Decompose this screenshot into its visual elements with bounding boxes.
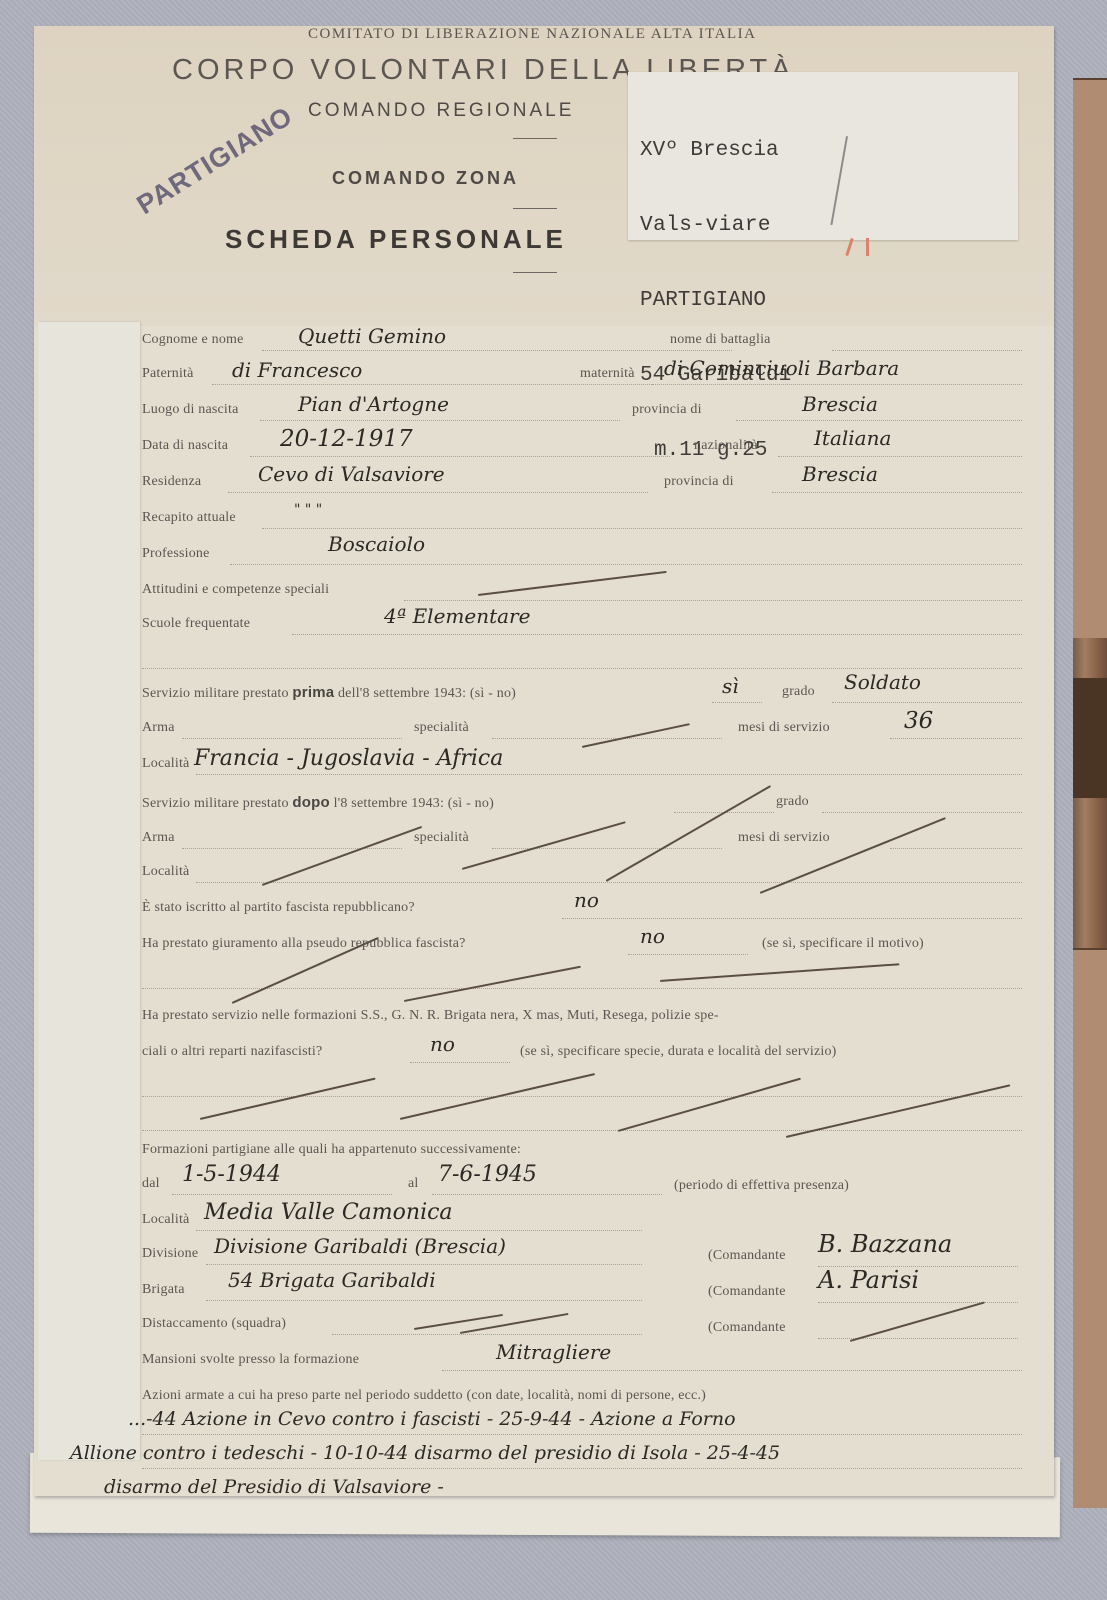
scuole-value: 4ª Elementare (384, 604, 530, 628)
dotted-line (142, 1096, 1022, 1097)
military-after-label: Servizio militare prestato dopo l'8 sett… (142, 794, 494, 812)
grado-label: grado (782, 684, 815, 700)
nazionalita-value: Italiana (814, 426, 891, 450)
brigata-comandante-label: (Comandante (708, 1284, 786, 1300)
action-line-1: ...-44 Azione in Cevo contro i fascisti … (142, 1412, 1019, 1442)
paternita-value: di Francesco (232, 358, 362, 382)
partisan-localita-label: Località (142, 1212, 189, 1228)
dotted-line (778, 456, 1022, 457)
label-text: Servizio militare prestato (142, 796, 289, 811)
label-text: dell'8 settembre 1943: (sì - no) (338, 686, 516, 701)
dotted-line (196, 774, 1022, 775)
dotted-line (410, 1062, 510, 1063)
dotted-line (712, 702, 762, 703)
dotted-line (142, 1434, 1022, 1435)
dotted-line (292, 634, 1022, 635)
nazionalita-label: nazionalità (694, 438, 758, 454)
maternita-value: di Cominciuoli Barbara (664, 356, 899, 380)
luogo-nascita-value: Pian d'Artogne (298, 392, 449, 416)
arma-after-label: Arma (142, 830, 175, 846)
dotted-line (250, 456, 670, 457)
mansioni-value: Mitragliere (496, 1340, 611, 1364)
divider (513, 138, 557, 139)
action-text: ...-44 Azione in Cevo contro i fascisti … (128, 1408, 736, 1430)
dotted-line (230, 564, 1022, 565)
al-label: al (408, 1176, 419, 1192)
dal-value: 1-5-1944 (182, 1162, 281, 1187)
luogo-nascita-label: Luogo di nascita (142, 402, 239, 418)
ss-question-line1: Ha prestato servizio nelle formazioni S.… (142, 1008, 719, 1024)
label-text: Servizio militare prestato (142, 686, 289, 701)
dotted-line (142, 988, 1022, 989)
dal-label: dal (142, 1176, 160, 1192)
scuole-label: Scuole frequentate (142, 616, 250, 632)
recapito-label: Recapito attuale (142, 510, 236, 526)
mesi-label: mesi di servizio (738, 720, 830, 736)
label-bold: prima (292, 684, 334, 701)
field-row-ss-line1: Ha prestato servizio nelle formazioni S.… (142, 1004, 1019, 1034)
dotted-line (818, 1338, 1018, 1339)
dotted-line (206, 1264, 642, 1265)
zone-command-heading: COMANDO ZONA (332, 168, 632, 189)
action-line-3: disarmo del Presidio di Valsaviore - (142, 1478, 1019, 1508)
field-row-period: dal 1-5-1944 al 7-6-1945 (periodo di eff… (142, 1172, 1019, 1202)
divisione-value: Divisione Garibaldi (Brescia) (214, 1234, 506, 1258)
action-line-2: Allione contro i tedeschi - 10-10-44 dis… (142, 1446, 1019, 1476)
field-row-pfr: È stato iscritto al partito fascista rep… (142, 896, 1019, 926)
dotted-line (822, 812, 1022, 813)
field-row-ss-line2: ciali o altri reparti nazifascisti? no (… (142, 1040, 1019, 1070)
azioni-label: Azioni armate a cui ha preso parte nel p… (142, 1388, 706, 1404)
field-row-duties: Mansioni svolte presso la formazione Mit… (142, 1346, 1019, 1376)
dotted-line (818, 1302, 1018, 1303)
dotted-line (182, 848, 402, 849)
dotted-line (432, 1194, 662, 1195)
giuramento-question: Ha prestato giuramento alla pseudo repub… (142, 936, 466, 952)
field-row-school: Scuole frequentate 4ª Elementare (142, 612, 1019, 642)
binder-segment (1073, 948, 1107, 1508)
dotted-line (890, 848, 1022, 849)
paternita-label: Paternità (142, 366, 194, 382)
partisan-localita-value: Media Valle Camonica (204, 1200, 453, 1225)
divider (513, 272, 557, 273)
field-row-location-after: Località (142, 860, 1019, 890)
specialita-label: specialità (414, 720, 469, 736)
provincia-nascita-label: provincia di (632, 402, 702, 418)
dotted-line (772, 492, 1022, 493)
provincia-nascita-value: Brescia (802, 392, 878, 416)
military-before-answer: sì (722, 674, 739, 698)
label-text: l'8 settembre 1943: (sì - no) (334, 796, 494, 811)
dotted-line (142, 1468, 1022, 1469)
field-row-detachment: Distaccamento (squadra) (Comandante (142, 1312, 1019, 1342)
provincia-residenza-label: provincia di (664, 474, 734, 490)
binder-segment (1073, 78, 1107, 638)
professione-label: Professione (142, 546, 210, 562)
brigata-comandante-value: A. Parisi (818, 1266, 919, 1294)
divisione-label: Divisione (142, 1246, 198, 1262)
dotted-line (262, 528, 1022, 529)
field-row-military-before: Servizio militare prestato prima dell'8 … (142, 680, 1019, 710)
dotted-line (228, 492, 648, 493)
dotted-line (442, 1370, 1022, 1371)
field-row-residence: Residenza Cevo di Valsaviore provincia d… (142, 470, 1019, 500)
dotted-line (652, 384, 1022, 385)
recapito-value: " " " (294, 502, 322, 518)
giuramento-note: (se sì, specificare il motivo) (762, 936, 924, 952)
dotted-line (142, 668, 1022, 669)
divisione-comandante-label: (Comandante (708, 1248, 786, 1264)
field-row-parents: Paternità di Francesco maternità di Comi… (142, 364, 1019, 394)
dotted-line (736, 420, 1022, 421)
brigata-label: Brigata (142, 1282, 185, 1298)
dotted-line (562, 918, 1022, 919)
field-row-giuramento: Ha prestato giuramento alla pseudo repub… (142, 932, 1019, 962)
mesi-after-label: mesi di servizio (738, 830, 830, 846)
provincia-residenza-value: Brescia (802, 462, 878, 486)
field-row-military-after: Servizio militare prestato dopo l'8 sett… (142, 790, 1019, 820)
label-bold: dopo (292, 794, 329, 811)
dotted-line (404, 600, 1022, 601)
distaccamento-label: Distaccamento (squadra) (142, 1316, 286, 1332)
ss-note: (se sì, specificare specie, durata e loc… (520, 1044, 837, 1060)
distaccamento-comandante-label: (Comandante (708, 1320, 786, 1336)
mansioni-label: Mansioni svolte presso la formazione (142, 1352, 359, 1368)
dotted-line (262, 350, 732, 351)
cognome-nome-value: Quetti Gemino (298, 324, 446, 348)
professione-value: Boscaiolo (328, 532, 425, 556)
dotted-line (260, 420, 620, 421)
slip-line: Vals-viare (640, 213, 791, 238)
maternita-label: maternità (580, 366, 635, 382)
divisione-comandante-value: B. Bazzana (818, 1230, 952, 1258)
slip-line: PARTIGIANO (640, 288, 791, 313)
binder-edge (1073, 78, 1107, 1508)
dotted-line (832, 350, 1022, 351)
mesi-value: 36 (904, 708, 933, 734)
field-row-brigade: Brigata 54 Brigata Garibaldi (Comandante… (142, 1278, 1019, 1308)
field-row-address: Recapito attuale " " " (142, 506, 1019, 536)
giuramento-answer: no (640, 924, 665, 948)
ss-question-line2: ciali o altri reparti nazifascisti? (142, 1044, 322, 1060)
brigata-value: 54 Brigata Garibaldi (228, 1268, 436, 1292)
dotted-line (628, 954, 748, 955)
localita-label: Località (142, 756, 189, 772)
dotted-line (142, 1130, 1022, 1131)
dotted-line (332, 1334, 642, 1335)
dotted-line (172, 1194, 392, 1195)
dotted-line (832, 702, 1022, 703)
field-row-location-before: Località Francia - Jugoslavia - Africa (142, 752, 1019, 782)
blank-line (142, 966, 1019, 996)
pfr-answer: no (574, 888, 599, 912)
localita-value: Francia - Jugoslavia - Africa (194, 746, 503, 771)
action-text: disarmo del Presidio di Valsaviore - (104, 1476, 444, 1498)
dotted-line (492, 738, 722, 739)
paper-strip-overlay (38, 322, 140, 1460)
dotted-line (196, 1230, 642, 1231)
grado-after-label: grado (776, 794, 809, 810)
residenza-value: Cevo di Valsaviore (258, 462, 445, 486)
residenza-label: Residenza (142, 474, 201, 490)
dotted-line (182, 738, 402, 739)
pfr-question: È stato iscritto al partito fascista rep… (142, 900, 415, 916)
periodo-note: (periodo di effettiva presenza) (674, 1178, 849, 1194)
binder-gap (1073, 678, 1107, 798)
dotted-line (890, 738, 1022, 739)
ss-answer: no (430, 1032, 455, 1056)
partisan-intro: Formazioni partigiane alle quali ha appa… (142, 1142, 521, 1158)
al-value: 7-6-1945 (438, 1162, 537, 1187)
slip-line: XVº Brescia (640, 138, 791, 163)
cognome-nome-label: Cognome e nome (142, 332, 244, 348)
field-row-profession: Professione Boscaiolo (142, 542, 1019, 572)
arma-label: Arma (142, 720, 175, 736)
specialita-after-label: specialità (414, 830, 469, 846)
data-nascita-value: 20-12-1917 (280, 426, 413, 452)
grado-value: Soldato (844, 670, 921, 694)
dotted-line (212, 384, 652, 385)
nome-battaglia-label: nome di battaglia (670, 332, 771, 348)
divider (513, 208, 557, 209)
dotted-line (206, 1300, 642, 1301)
red-pencil-mark (866, 238, 869, 256)
blank-line (142, 1074, 1019, 1104)
committee-heading: COMITATO DI LIBERAZIONE NAZIONALE ALTA I… (150, 26, 950, 43)
regional-command-heading: COMANDO REGIONALE (308, 100, 628, 122)
action-text: Allione contro i tedeschi - 10-10-44 dis… (70, 1442, 780, 1464)
localita-after-label: Località (142, 864, 189, 880)
dotted-line (196, 882, 1022, 883)
field-row-arm-before: Arma specialità mesi di servizio 36 (142, 716, 1019, 746)
military-before-label: Servizio militare prestato prima dell'8 … (142, 684, 516, 702)
attitudini-label: Attitudini e competenze speciali (142, 582, 329, 598)
data-nascita-label: Data di nascita (142, 438, 228, 454)
